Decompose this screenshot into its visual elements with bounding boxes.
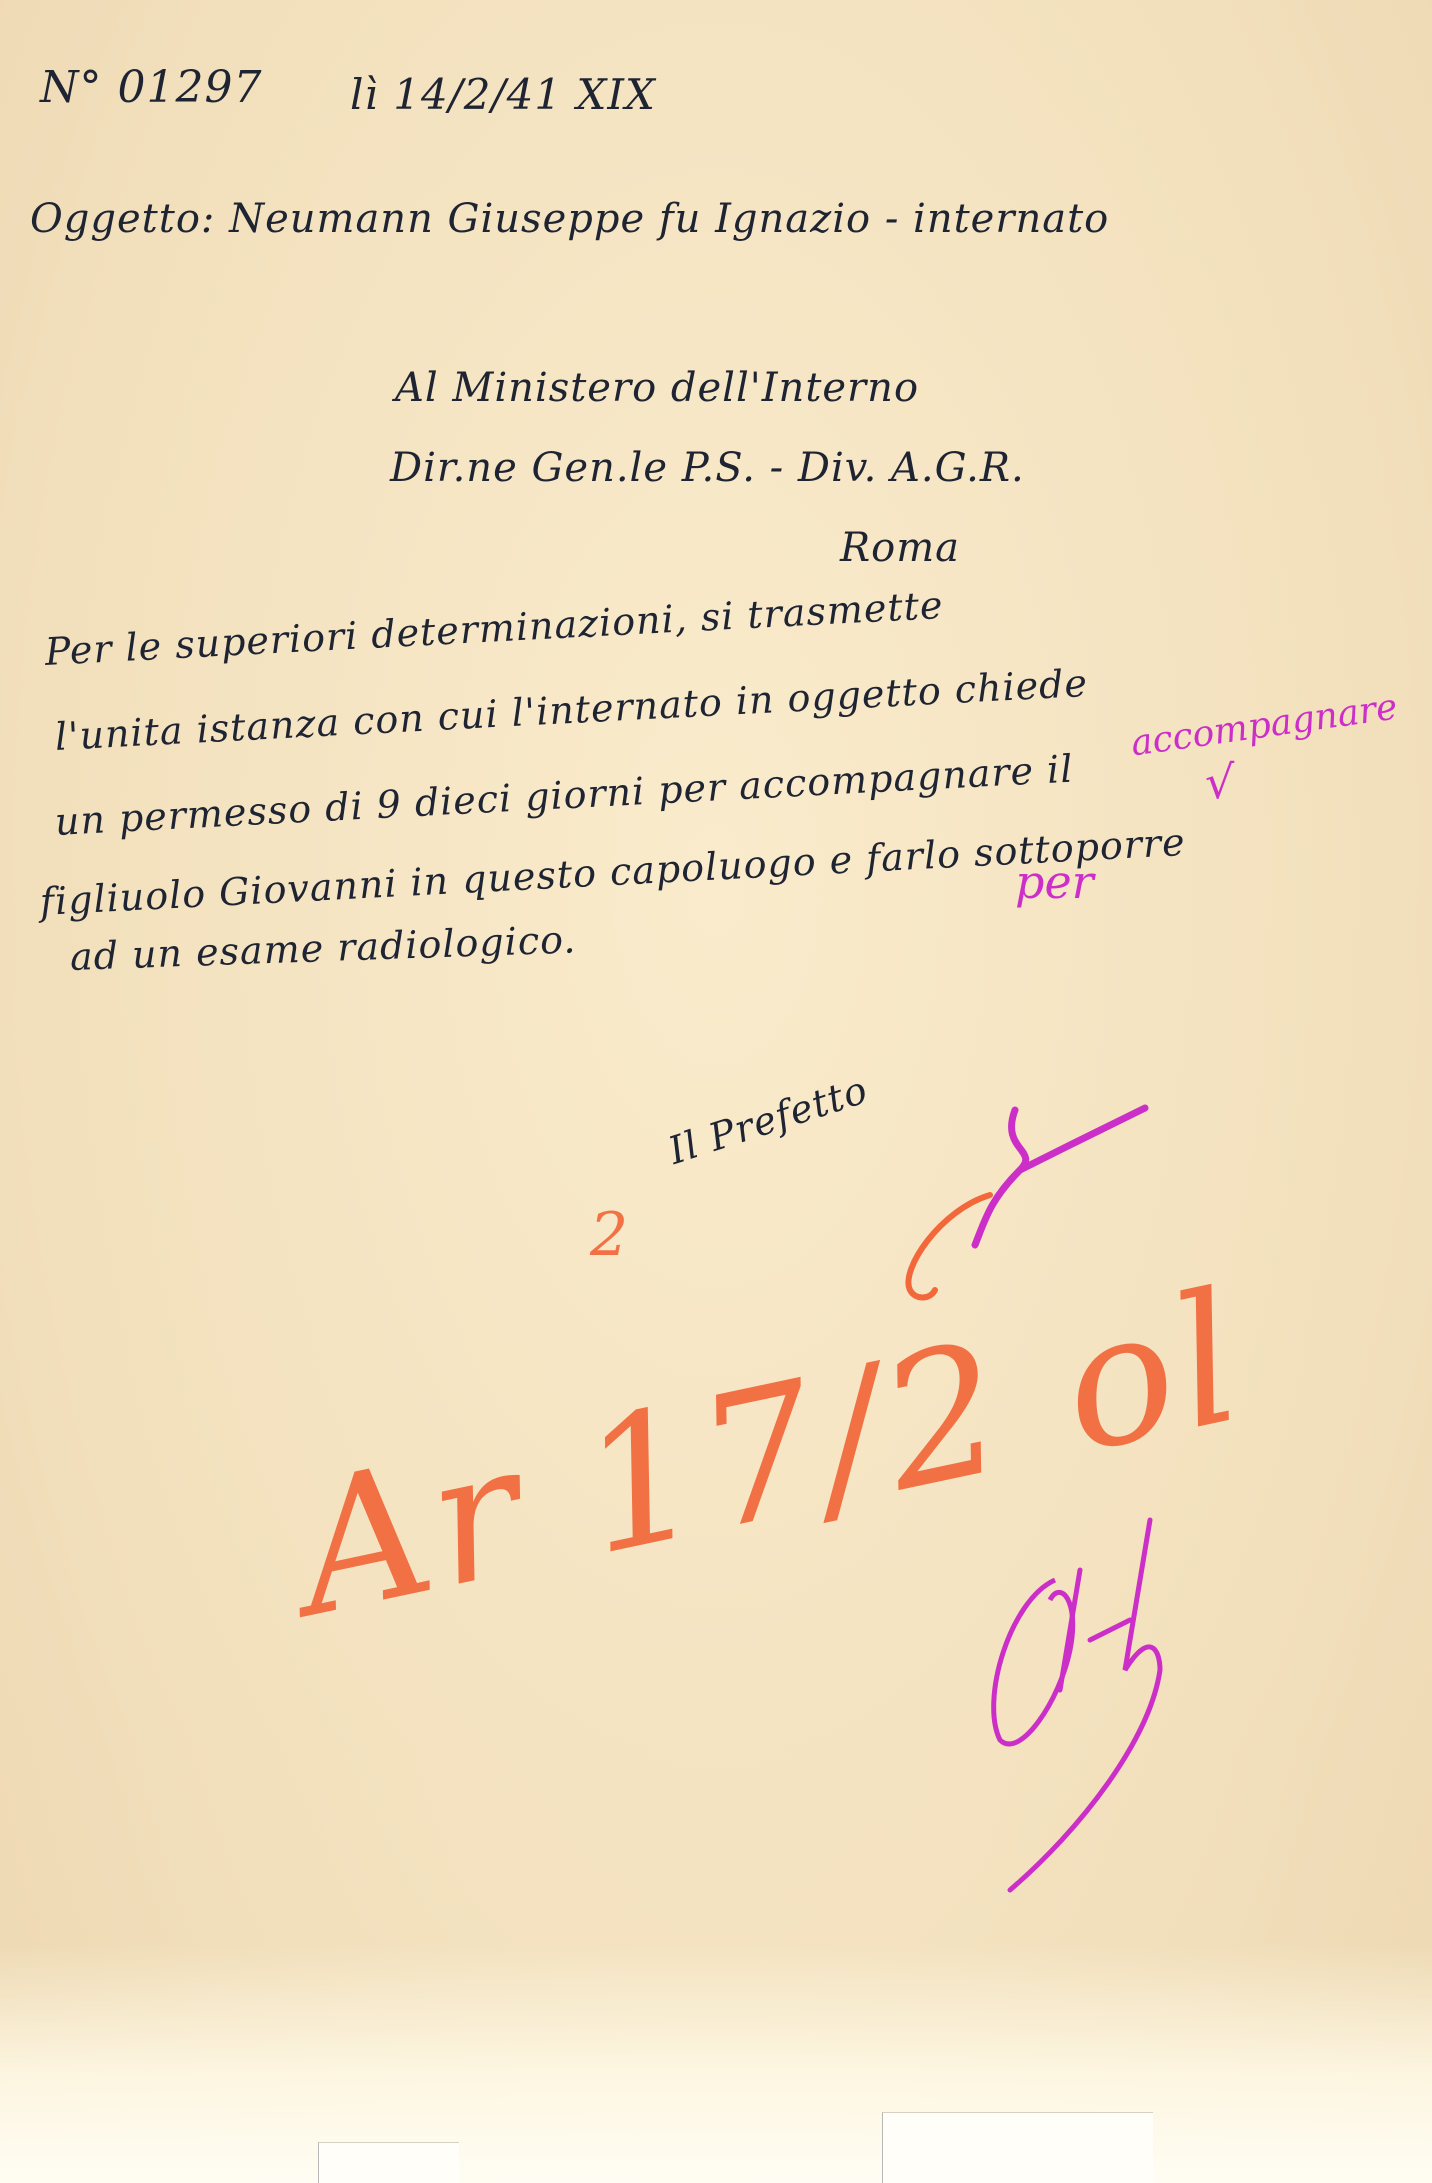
torn-tab xyxy=(318,2142,459,2183)
addressee-line-2: Dir.ne Gen.le P.S. - Div. A.G.R. xyxy=(390,445,1025,491)
addressee-city: Roma xyxy=(840,525,960,571)
subject-line: Oggetto: Neumann Giuseppe fu Ignazio - i… xyxy=(30,196,1109,242)
insertion-caret-icon: √ xyxy=(1205,755,1234,809)
torn-tab xyxy=(882,2112,1153,2183)
paper-bottom-fade xyxy=(0,1943,1432,2183)
reference-number: N° 01297 xyxy=(40,62,262,113)
addressee-line-1: Al Ministero dell'Interno xyxy=(395,365,919,411)
red-pencil-small-mark: 2 xyxy=(590,1200,628,1270)
paper-background xyxy=(0,0,1432,2183)
letter-date: lì 14/2/41 XIX xyxy=(350,70,656,119)
violet-per-annotation: per xyxy=(1015,855,1094,909)
